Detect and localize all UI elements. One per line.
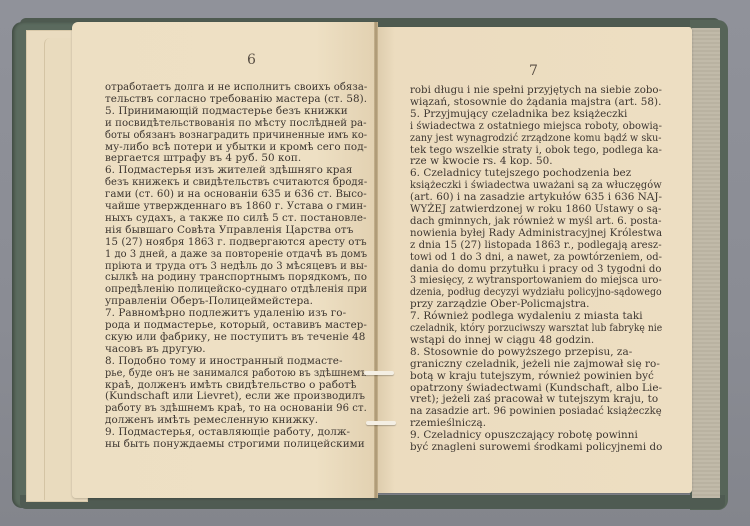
text-line: рода и подмастерье, который, оставивъ ма… (105, 319, 367, 331)
text-line: тельствъ согласно требованію мастера (ст… (105, 93, 367, 105)
text-line: 5. Przyjmujący czeladnika bez książeczki (410, 108, 627, 120)
text-line: wiązań, stosownie do żądania majstra (ar… (410, 96, 662, 108)
binding-stitch-lower (366, 421, 396, 425)
text-line: часовъ въ другую. (105, 343, 206, 355)
text-line: być znagleni surowemi środkami policyjne… (410, 441, 662, 453)
text-line: WYŻEJ zatwierdzonej w roku 1860 Ustawy o… (410, 203, 662, 215)
text-line: czeladnik, który porzuciwszy warsztat lu… (410, 322, 662, 334)
text-line: 6. Подмастерья изъ жителей здѣшняго края (105, 164, 352, 176)
text-line: 6. Czeladnicy tutejszego pochodzenia bez (410, 167, 631, 179)
text-line: vret); jeżeli zaś pracował w tutejszym k… (410, 393, 658, 405)
text-line: zany jest wynagrodzić zrządzone komu bąd… (410, 132, 662, 144)
page-number-left: 6 (247, 52, 256, 68)
text-line: пріюта и труда отъ 3 недѣль до 3 мѣсяцев… (105, 260, 367, 272)
text-line: i świadectwa z ostatniego miejsca roboty… (410, 120, 662, 132)
text-line: 8. Stosownie do powyższego przepisu, za- (410, 346, 632, 358)
text-line: (art. 60) i na zasadzie artykułów 635 i … (410, 191, 662, 203)
cloth-endpaper-right (692, 28, 720, 498)
text-line: na zasadzie art. 96 powinien posiadać ks… (410, 405, 662, 417)
text-line: чайше утвержденнаго въ 1860 г. Устава о … (105, 200, 367, 212)
text-line: 5. Принимающій подмастерье безъ книжки (105, 105, 348, 117)
text-line: wstąpi do innej w ciągu 48 godzin. (410, 334, 594, 346)
text-line: опредѣленію полицейско-суднаго отдѣленія… (105, 283, 367, 295)
text-line: nowienia byłej Rady Administracyjnej Kró… (410, 227, 662, 239)
text-line: краѣ, долженъ имѣть свидѣтельство о рабо… (105, 379, 356, 391)
text-line: отработаетъ долга и не исполнитъ своихъ … (105, 81, 367, 93)
text-line: rzemieślniczą. (410, 417, 486, 429)
text-line: robi długu i nie spełni przyjętych na si… (410, 84, 662, 96)
text-line: нія бывшаго Совѣта Управленія Царства от… (105, 224, 353, 236)
text-line: 9. Czeladnicy opuszczający robotę powinn… (410, 429, 638, 441)
text-line: ны быть понуждаемы строгими полицейскими (105, 438, 365, 450)
text-line: dania do domu przytułku i pracy od 3 tyg… (410, 263, 662, 275)
text-line: graniczny czeladnik, jeżeli nie zajmował… (410, 358, 660, 370)
text-line: вергается штрафу въ 4 руб. 50 коп. (105, 152, 301, 164)
left-page: 6 отработаетъ долга и не исполнитъ своих… (72, 22, 376, 498)
text-line: ныхъ судахъ, а также по силѣ 5 ст. поста… (105, 212, 367, 224)
text-line: скую или фабрику, не поступитъ въ течені… (105, 331, 365, 343)
text-line: 8. Подобно тому и иностранный подмасте- (105, 355, 343, 367)
text-line: и посвидѣтельствованія по мѣсту послѣдне… (105, 117, 367, 129)
text-line: książeczki i świadectwa uważani są za wł… (410, 179, 662, 191)
text-line: tek tego wszelkie straty i, obok tego, p… (410, 144, 662, 156)
text-line: opatrzony świadectwami (Kundschaft, albo… (410, 382, 662, 394)
text-line: управленіи Оберъ-Полицеймейстера. (105, 295, 313, 307)
text-line: dach gminnych, jak również w myśl art. 6… (410, 215, 662, 227)
text-line: сылкѣ на родину транспортнымъ порядкомъ,… (105, 271, 367, 283)
text-line: 7. Również podlega wydaleniu z miasta ta… (410, 310, 643, 322)
text-line: towi od 1 do 3 dni, a nawet, za powtórze… (410, 251, 662, 263)
book-gutter (374, 22, 378, 498)
text-line: 9. Подмастерья, оставляющіе работу, долж… (105, 426, 350, 438)
text-line: долженъ имѣть ремесленную книжку. (105, 414, 318, 426)
text-line: 3 miesięcy, z wytransportowaniem do miej… (410, 274, 662, 286)
text-line: работу въ здѣшнемъ краѣ, то на основаніи… (105, 402, 367, 414)
right-page: 7 robi długu i nie spełni przyjętych na … (376, 27, 692, 493)
text-line: рье, буде онъ не занимался работою въ зд… (105, 367, 367, 379)
text-line: 15 (27) ноября 1863 г. подвергаются арес… (105, 236, 367, 248)
text-line: му-либо всѣ потери и убытки и кромѣ сего… (105, 141, 367, 153)
text-line: botą w kraju tutejszym, również powinien… (410, 370, 654, 382)
text-line: боты обязанъ вознаградить причиненные им… (105, 129, 367, 141)
text-line: z dnia 15 (27) listopada 1863 r., podleg… (410, 239, 662, 251)
binding-stitch-upper (364, 371, 394, 375)
text-line: 1 до 3 дней, а даже за повтореніе отдачѣ… (105, 248, 367, 260)
text-line: dzenia, podług decyzyi wydziału policyjn… (410, 286, 662, 298)
text-line: przy zarządzie Ober-Policmajstra. (410, 298, 589, 310)
text-line: безъ книжекъ и свидѣтельствъ считаются б… (105, 176, 367, 188)
page-number-right: 7 (529, 63, 538, 79)
text-line: 7. Равномѣрно подлежитъ удаленію изъ го- (105, 307, 346, 319)
text-line: (Kundschaft или Lievret), если же произв… (105, 390, 365, 402)
text-line: гами (ст. 60) и на основаніи 635 и 636 с… (105, 188, 367, 200)
text-line: rze w kwocie rs. 4 kop. 50. (410, 155, 553, 167)
